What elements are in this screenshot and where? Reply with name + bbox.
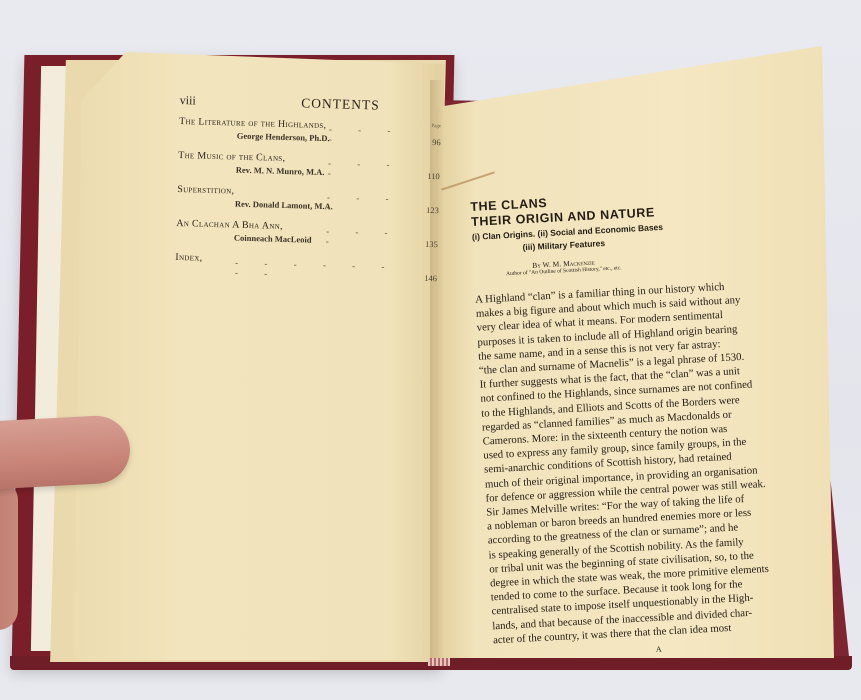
hand-palm [0, 480, 18, 630]
toc-page-number: 96 [432, 137, 441, 147]
contents-page: viii CONTENTS The Literature of the High… [175, 92, 430, 281]
page-column-label: Page [431, 124, 441, 129]
toc-leader-dots: - - - - [329, 124, 430, 147]
toc-page-number: 123 [426, 205, 439, 215]
binding-stitch [428, 658, 450, 666]
toc-entry: The Literature of the Highlands, George … [179, 116, 430, 146]
toc-leader-dots: - - - - [328, 158, 429, 181]
chapter-body-text: A Highland “clan” is a familiar thing in… [475, 276, 823, 648]
toc-leader-dots: - - - - [326, 226, 427, 249]
chapter-page: THE CLANS THEIR ORIGIN AND NATURE (i) Cl… [470, 183, 824, 663]
toc-leader-dots: - - - - [327, 192, 428, 215]
contents-heading: CONTENTS [301, 95, 380, 113]
toc-entry: Index, - - - - - - - - 146 [175, 252, 425, 270]
toc-entry: An Clachan A Bha Ann, Coinneach MacLeoid… [176, 218, 427, 248]
toc-entry: The Music of the Clans, Rev. M. N. Munro… [178, 150, 429, 180]
toc-entry: Superstition, Rev. Donald Lamont, M.A. -… [177, 184, 428, 214]
toc-page-number: 135 [425, 239, 438, 249]
toc-page-number: 110 [427, 171, 440, 181]
page-folio: viii [180, 93, 196, 108]
book-gutter-shadow [430, 80, 444, 660]
toc-page-number: 146 [424, 273, 437, 283]
thumb [0, 414, 132, 490]
